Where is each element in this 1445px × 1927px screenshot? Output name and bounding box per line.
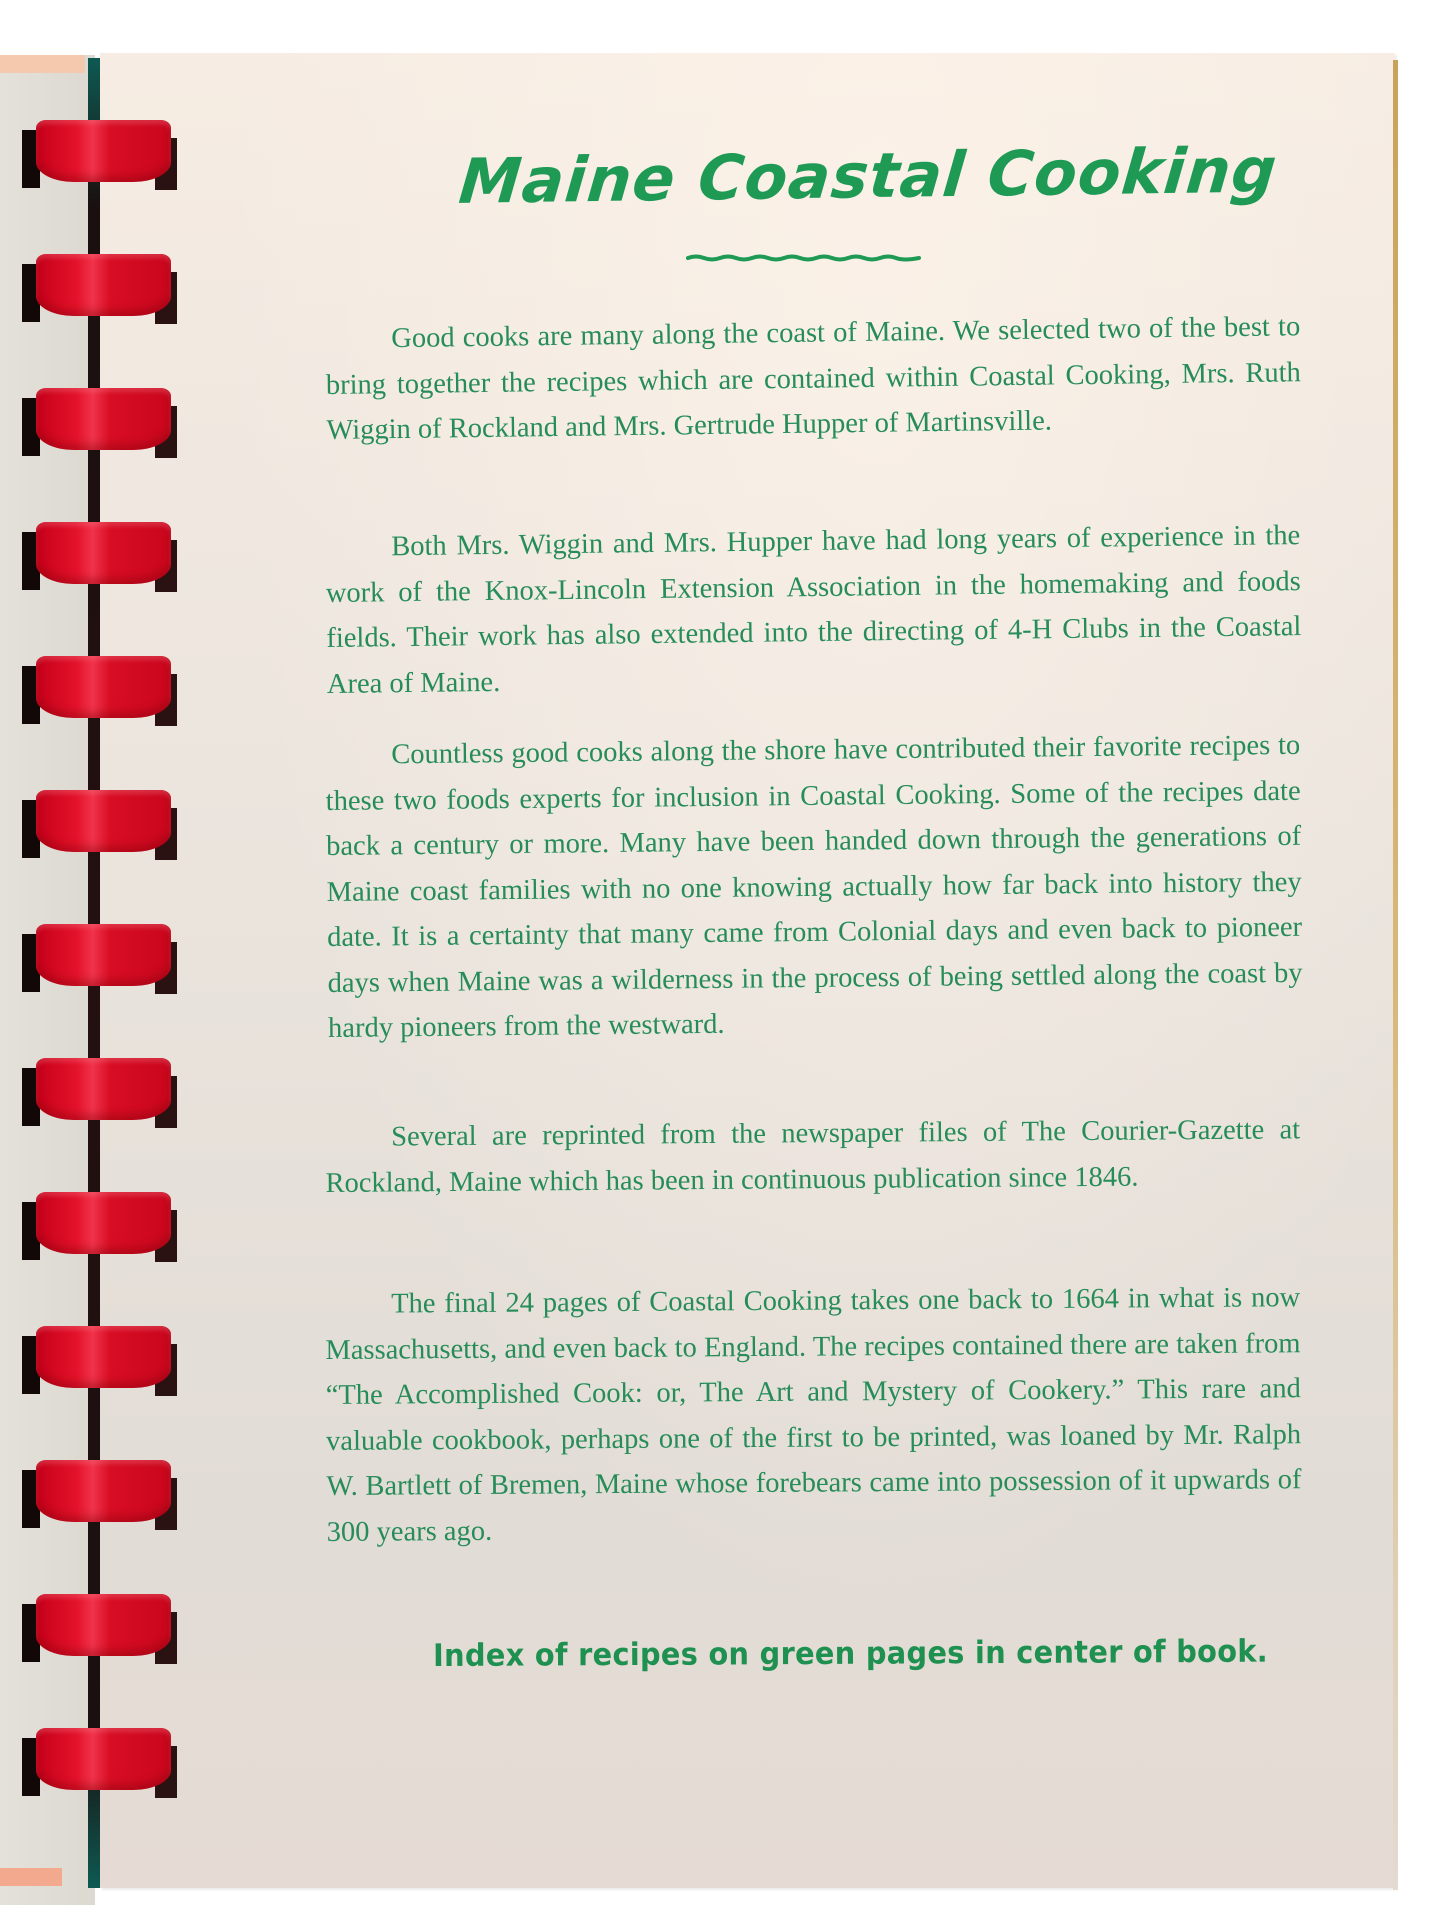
page-right-edge bbox=[1393, 60, 1398, 1890]
binding-ring bbox=[22, 1326, 177, 1398]
binding-ring bbox=[22, 120, 177, 192]
ring-band bbox=[36, 924, 171, 986]
binding-ring bbox=[22, 1728, 177, 1800]
back-cover-top-edge bbox=[0, 55, 85, 73]
binding-ring bbox=[22, 1460, 177, 1532]
paragraph-text: Both Mrs. Wiggin and Mrs. Hupper have ha… bbox=[325, 513, 1302, 707]
intro-paragraph-2: Both Mrs. Wiggin and Mrs. Hupper have ha… bbox=[325, 513, 1302, 707]
binding-ring bbox=[22, 1058, 177, 1130]
ring-band bbox=[36, 120, 171, 182]
intro-paragraph-4: Several are reprinted from the newspaper… bbox=[325, 1107, 1301, 1206]
page-title: Maine Coastal Cooking bbox=[456, 135, 1164, 218]
binding-ring bbox=[22, 1192, 177, 1264]
binding-ring bbox=[22, 656, 177, 728]
ring-band bbox=[36, 1326, 171, 1388]
ring-band bbox=[36, 254, 171, 316]
ring-band bbox=[36, 1460, 171, 1522]
binding-ring bbox=[22, 254, 177, 326]
ring-band bbox=[36, 522, 171, 584]
ring-band bbox=[36, 1058, 171, 1120]
intro-paragraph-3: Countless good cooks along the shore hav… bbox=[325, 723, 1303, 1052]
ring-band bbox=[36, 388, 171, 450]
decorative-divider bbox=[686, 253, 921, 263]
binding-ring bbox=[22, 1594, 177, 1666]
back-cover-bottom-edge bbox=[0, 1868, 62, 1886]
binding-ring bbox=[22, 924, 177, 996]
ring-band bbox=[36, 1728, 171, 1790]
intro-paragraph-1: Good cooks are many along the coast of M… bbox=[325, 304, 1302, 453]
paragraph-text: Good cooks are many along the coast of M… bbox=[325, 304, 1302, 453]
paragraph-text: Several are reprinted from the newspaper… bbox=[325, 1107, 1301, 1206]
paragraph-text: The final 24 pages of Coastal Cooking ta… bbox=[325, 1275, 1302, 1555]
paragraph-text: Countless good cooks along the shore hav… bbox=[325, 723, 1303, 1052]
ring-band bbox=[36, 1192, 171, 1254]
ring-band bbox=[36, 656, 171, 718]
ring-band bbox=[36, 790, 171, 852]
intro-paragraph-5: The final 24 pages of Coastal Cooking ta… bbox=[325, 1275, 1302, 1555]
ring-band bbox=[36, 1594, 171, 1656]
index-note: Index of recipes on green pages in cente… bbox=[433, 1634, 1177, 1674]
binding-ring bbox=[22, 522, 177, 594]
binding-ring bbox=[22, 388, 177, 460]
binding-ring bbox=[22, 790, 177, 862]
